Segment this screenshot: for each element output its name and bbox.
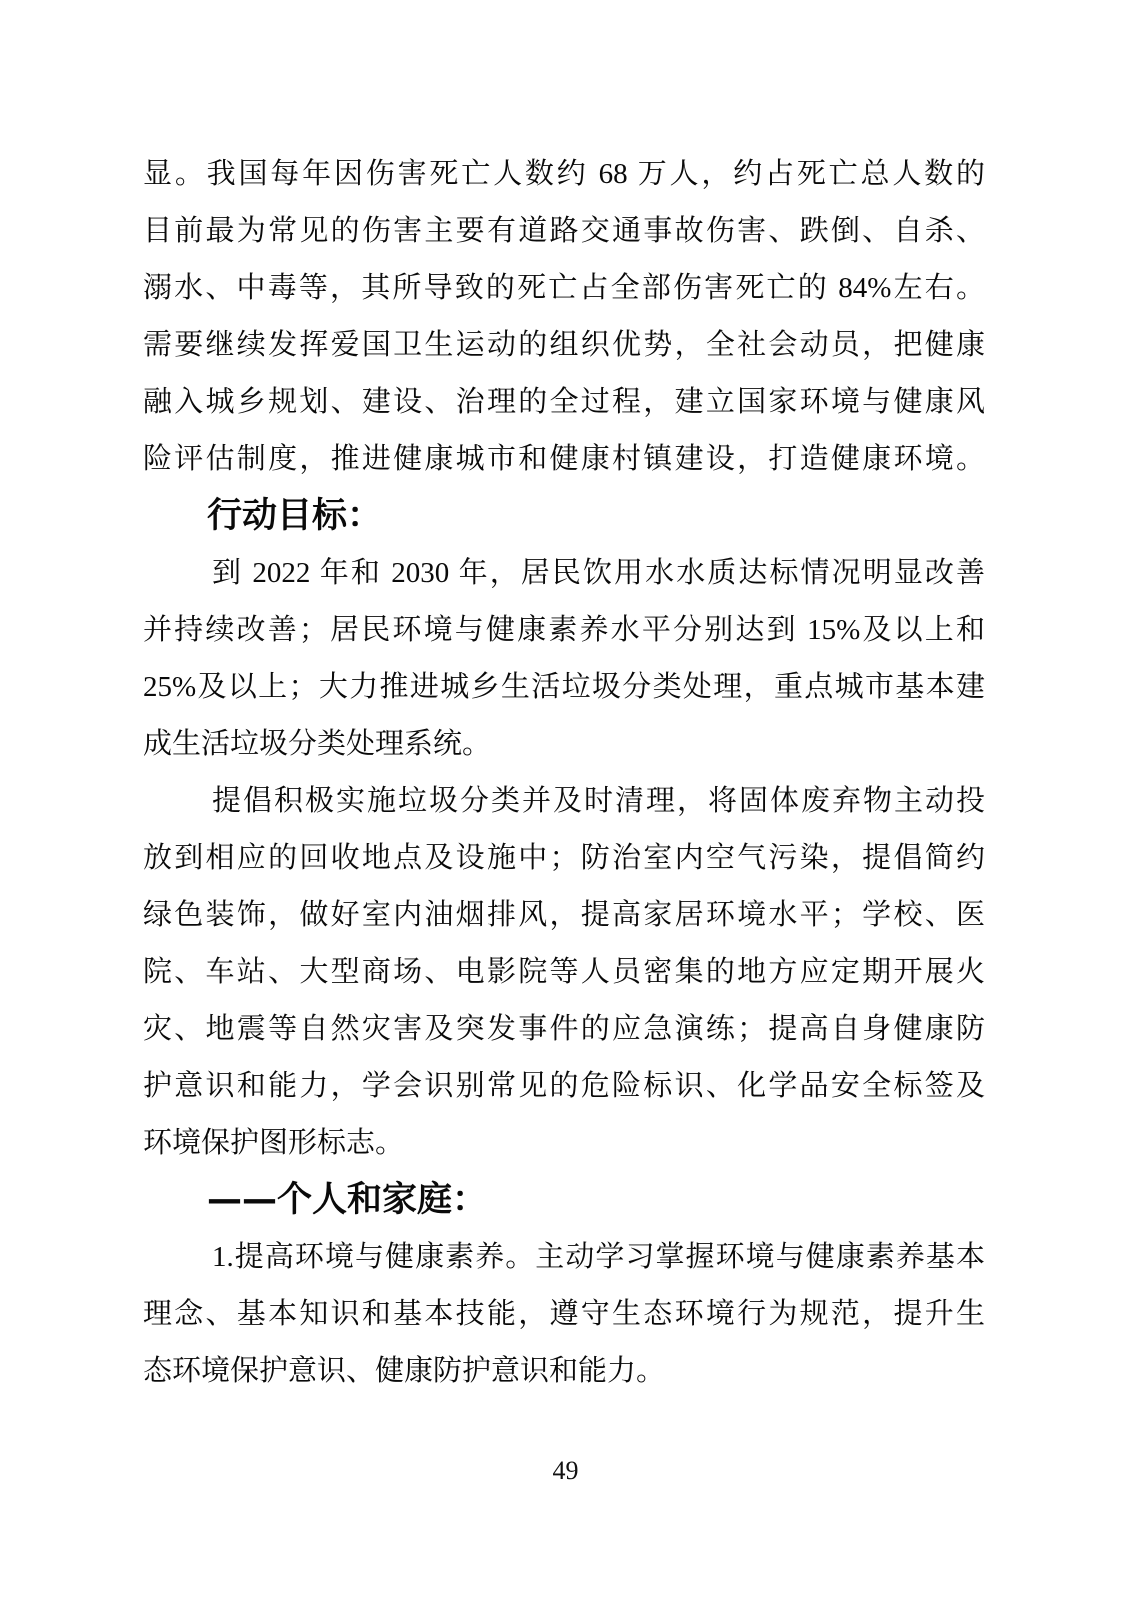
- text-line: 1.提高环境与健康素养。主动学习掌握环境与健康素养基本: [143, 1229, 985, 1286]
- page-number: 49: [0, 1456, 1131, 1486]
- document-page: 显。我国每年因伤害死亡人数约 68 万人，约占死亡总人数的 7%。 目前最为常见…: [0, 0, 1131, 1600]
- text-line: 绿色装饰，做好室内油烟排风，提高家居环境水平；学校、医: [143, 887, 985, 944]
- text-line: 显。我国每年因伤害死亡人数约 68 万人，约占死亡总人数的 7%。: [143, 146, 985, 203]
- text-line: 需要继续发挥爱国卫生运动的组织优势，全社会动员，把健康: [143, 317, 985, 374]
- section-heading: ——个人和家庭：: [143, 1172, 985, 1229]
- text-line: 放到相应的回收地点及设施中；防治室内空气污染，提倡简约: [143, 830, 985, 887]
- text-line: 融入城乡规划、建设、治理的全过程，建立国家环境与健康风: [143, 374, 985, 431]
- text-line: 到 2022 年和 2030 年，居民饮用水水质达标情况明显改善: [143, 545, 985, 602]
- text-line: 并持续改善；居民环境与健康素养水平分别达到 15%及以上和: [143, 602, 985, 659]
- text-line: 成生活垃圾分类处理系统。: [143, 716, 985, 773]
- section-heading: 行动目标：: [143, 488, 985, 545]
- text-line: 25%及以上；大力推进城乡生活垃圾分类处理，重点城市基本建: [143, 659, 985, 716]
- text-line: 险评估制度，推进健康城市和健康村镇建设，打造健康环境。: [143, 431, 985, 488]
- text-line: 环境保护图形标志。: [143, 1115, 985, 1172]
- text-line: 态环境保护意识、健康防护意识和能力。: [143, 1343, 985, 1400]
- text-line: 溺水、中毒等，其所导致的死亡占全部伤害死亡的 84%左右。: [143, 260, 985, 317]
- text-line: 理念、基本知识和基本技能，遵守生态环境行为规范，提升生: [143, 1286, 985, 1343]
- text-line: 院、车站、大型商场、电影院等人员密集的地方应定期开展火: [143, 944, 985, 1001]
- document-content: 显。我国每年因伤害死亡人数约 68 万人，约占死亡总人数的 7%。 目前最为常见…: [143, 146, 985, 1400]
- text-line: 护意识和能力，学会识别常见的危险标识、化学品安全标签及: [143, 1058, 985, 1115]
- text-line: 提倡积极实施垃圾分类并及时清理，将固体废弃物主动投: [143, 773, 985, 830]
- text-line: 灾、地震等自然灾害及突发事件的应急演练；提高自身健康防: [143, 1001, 985, 1058]
- text-line: 目前最为常见的伤害主要有道路交通事故伤害、跌倒、自杀、: [143, 203, 985, 260]
